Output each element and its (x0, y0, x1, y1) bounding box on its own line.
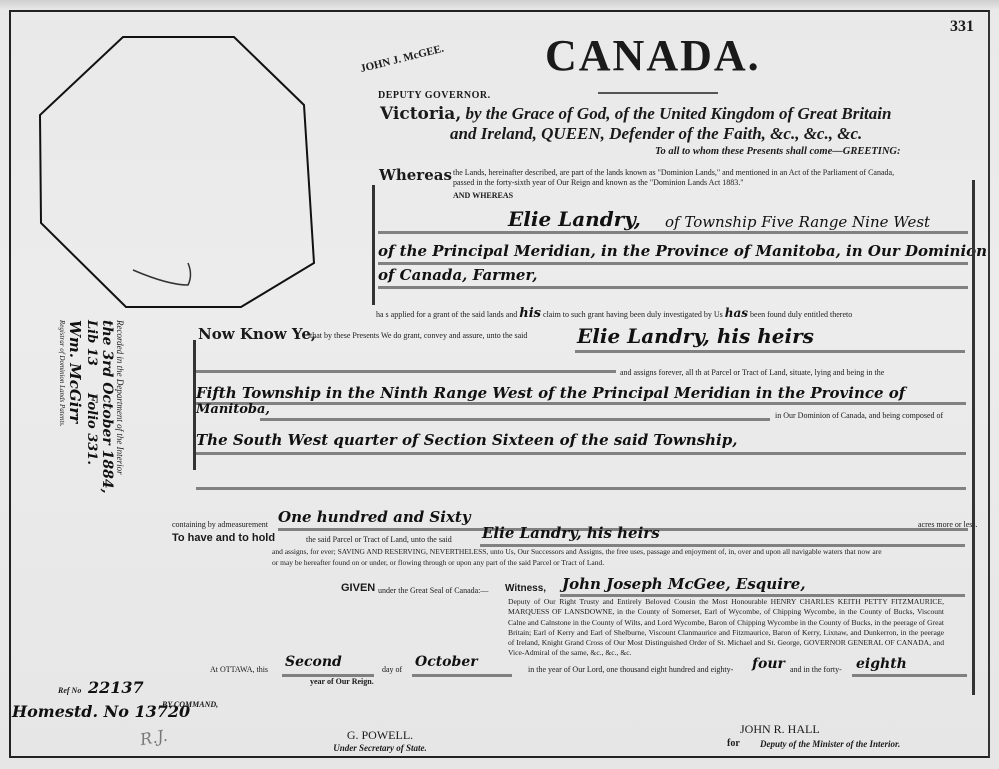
acres-text: acres more or less. (918, 520, 978, 530)
grantee-name: Elie Landry, (508, 207, 641, 231)
form-line (196, 402, 966, 405)
form-line (196, 452, 966, 455)
acreage: One hundred and Sixty (278, 508, 471, 526)
form-line (378, 231, 968, 234)
margin-recorded-text: Recorded in the Department of the Interi… (115, 320, 125, 570)
reign-text: and in the forty- (790, 665, 842, 675)
day-of-label: day of (382, 665, 402, 675)
applied-text: ha s applied for a grant of the said lan… (376, 308, 936, 320)
preamble-text-1: by the Grace of God, of the United Kingd… (466, 104, 892, 123)
habendum-body: and assigns, for ever; SAVING AND RESERV… (272, 547, 964, 568)
by-command: BY COMMAND, (162, 700, 218, 709)
sig2-title: Deputy of the Minister of the Interior. (760, 739, 900, 749)
reign-suffix: year of Our Reign. (310, 677, 374, 687)
sig2-for: for (727, 738, 740, 749)
margin-recorded-block: Recorded in the Department of the Interi… (58, 320, 125, 570)
parcel-description: The South West quarter of Section Sixtee… (196, 431, 737, 449)
preamble-line-2: and Ireland, QUEEN, Defender of the Fait… (450, 124, 862, 144)
dominion-text: in Our Dominion of Canada, and being com… (775, 411, 943, 421)
registrar-title: Registrar of Dominion Lands Patents. (58, 320, 66, 570)
deputy-governor-titles: Deputy of Our Right Trusty and Entirely … (508, 597, 944, 659)
grant-text: that by these Presents We do grant, conv… (310, 331, 527, 341)
sig1-name: G. POWELL. (310, 728, 450, 743)
document-title: CANADA. (545, 30, 761, 81)
habendum-line-2: and assigns, for ever; SAVING AND RESERV… (272, 547, 964, 558)
location-line-1: Fifth Township in the Ninth Range West o… (196, 384, 905, 402)
seal-octagon-icon (38, 35, 316, 310)
grantee-line-3: of Canada, Farmer, (378, 266, 538, 284)
deputy-governor-label: DEPUTY GOVERNOR. (378, 90, 491, 101)
grantee-line-1: of Township Five Range Nine West (665, 213, 930, 231)
margin-folio: Folio 331. (84, 393, 99, 465)
whereas-text-1: the Lands, hereinafter described, are pa… (453, 168, 963, 178)
applied-prefix: ha s (376, 310, 389, 319)
applied-text-1: applied for a grant of the said lands an… (391, 310, 518, 319)
applied-has: has (725, 306, 748, 320)
habendum-heading: To have and to hold (172, 532, 275, 544)
ref-number: 22137 (88, 678, 144, 697)
grant-grantee: Elie Landry, his heirs (577, 324, 814, 348)
form-line (412, 674, 512, 677)
witness-name: John Joseph McGee, Esquire, (562, 575, 806, 593)
given-heading: GIVEN (341, 582, 375, 594)
applied-text-3: been found duly entitled thereto (750, 310, 852, 319)
year-hand: four (752, 656, 785, 672)
margin-liber: Lib 13 (84, 320, 99, 366)
whereas-text: the Lands, hereinafter described, are pa… (453, 168, 963, 188)
ref-label: Ref No (58, 686, 81, 695)
reign-hand: eighth (856, 656, 907, 672)
signature-block-1: G. POWELL. Under Secretary of State. (310, 728, 450, 753)
day-value: Second (285, 654, 342, 670)
whereas-text-2: passed in the forty-sixth year of Our Re… (453, 178, 963, 188)
habendum-text: the said Parcel or Tract of Land, unto t… (306, 535, 452, 545)
month-value: October (415, 654, 478, 670)
assigns-text: and assigns forever, all th at Parcel or… (620, 368, 884, 378)
title-rule (598, 92, 718, 94)
form-line (196, 370, 616, 373)
margin-lib-folio: Lib 13 Folio 331. (84, 320, 99, 570)
witness-label: Witness, (505, 583, 546, 594)
page-number: 331 (950, 18, 974, 36)
grantee-line-2: of the Principal Meridian, in the Provin… (378, 242, 987, 260)
year-text: in the year of Our Lord, one thousand ei… (528, 665, 733, 675)
form-line (378, 262, 968, 265)
form-line (852, 674, 967, 677)
habendum-grantee: Elie Landry, his heirs (482, 524, 660, 542)
victoria-heading: Victoria, (380, 104, 461, 124)
and-whereas: AND WHEREAS (453, 191, 513, 201)
now-know-ye-heading: Now Know Ye, (198, 325, 316, 343)
registrar-signature: Wm. McGirr (66, 320, 84, 570)
location-line-2: Manitoba, (196, 402, 270, 417)
form-line (575, 350, 965, 353)
given-text: under the Great Seal of Canada:— (378, 586, 488, 596)
applied-text-2: claim to such grant having been duly inv… (543, 310, 723, 319)
whereas-heading: Whereas (379, 166, 452, 184)
applied-his: his (519, 306, 541, 321)
form-line (260, 418, 770, 421)
sig2-name: JOHN R. HALL (740, 722, 820, 737)
form-line (196, 487, 966, 490)
right-margin-bar (972, 180, 975, 695)
form-line (378, 286, 968, 289)
preamble-line-1: Victoria, by the Grace of God, of the Un… (380, 104, 891, 124)
at-ottawa: At OTTAWA, this (210, 665, 268, 675)
margin-date: the 3rd October 1884, (99, 320, 115, 570)
whereas-bar (372, 185, 375, 305)
sig1-title: Under Secretary of State. (310, 743, 450, 753)
greeting: To all to whom these Presents shall come… (655, 146, 901, 157)
patent-document: 331 JOHN J. McGEE. DEPUTY GOVERNOR. CANA… (0, 0, 999, 769)
habendum-line-3: or may be hereafter found on or under, o… (272, 558, 964, 569)
containing-label: containing by admeasurement (172, 520, 268, 530)
